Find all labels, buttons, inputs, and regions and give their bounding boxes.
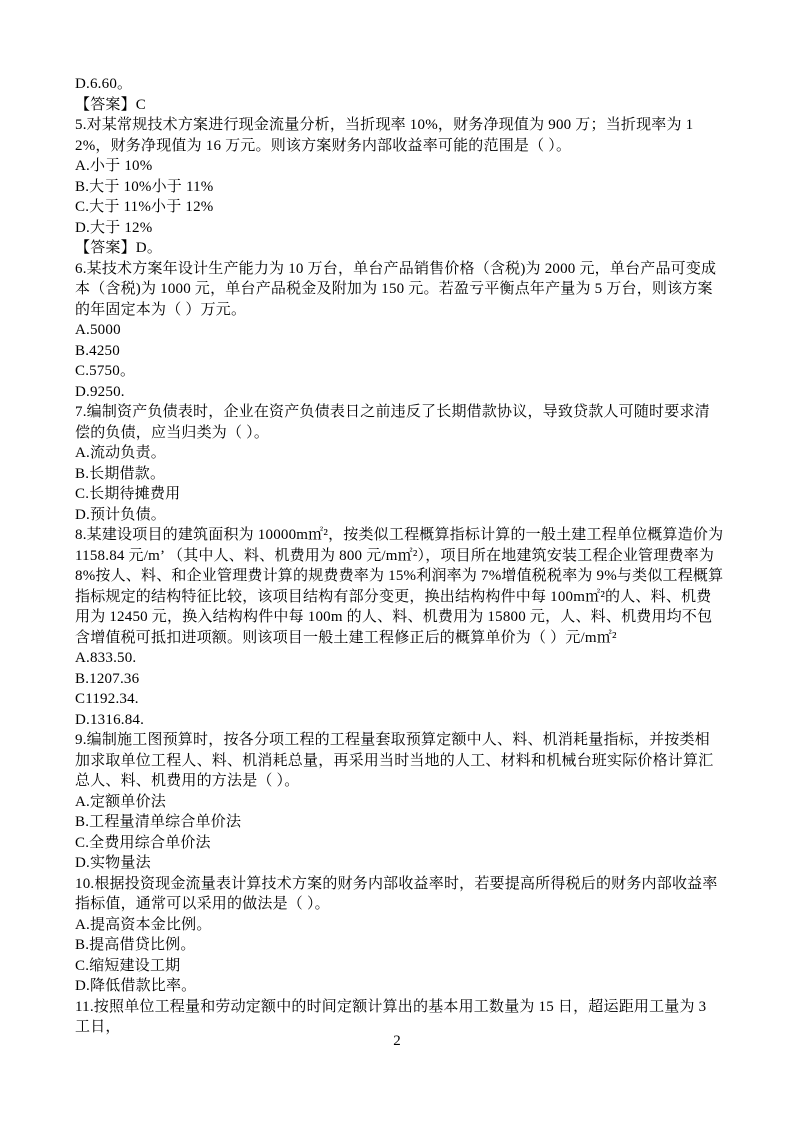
option-line: D.6.60。: [75, 74, 725, 95]
option-line: D.1316.84.: [75, 710, 725, 731]
option-line: D.预计负债。: [75, 505, 725, 526]
question-stem: 5.对某常规技术方案进行现金流量分析，当折现率 10%，财务净现值为 900 万…: [75, 115, 725, 156]
option-line: B.长期借款。: [75, 464, 725, 485]
option-line: C.全费用综合单价法: [75, 833, 725, 854]
answer-line: 【答案】C: [75, 95, 725, 116]
question-stem: 6.某技术方案年设计生产能力为 10 万台，单台产品销售价格（含税)为 2000…: [75, 259, 725, 321]
option-line: D.9250.: [75, 382, 725, 403]
option-line: B.工程量清单综合单价法: [75, 812, 725, 833]
answer-line: 【答案】D。: [75, 238, 725, 259]
option-line: C.大于 11%小于 12%: [75, 197, 725, 218]
option-line: A.5000: [75, 320, 725, 341]
question-stem: 7.编制资产负债表时，企业在资产负债表日之前违反了长期借款协议，导致贷款人可随时…: [75, 402, 725, 443]
page-number: 2: [0, 1032, 794, 1050]
option-line: A.定额单价法: [75, 792, 725, 813]
option-line: D.降低借款比率。: [75, 976, 725, 997]
option-line: A.流动负责。: [75, 443, 725, 464]
option-line: B.大于 10%小于 11%: [75, 177, 725, 198]
option-line: B.1207.36: [75, 669, 725, 690]
question-stem: 8.某建设项目的建筑面积为 10000m㎡²，按类似工程概算指标计算的一般土建工…: [75, 525, 725, 648]
option-line: A.提高资本金比例。: [75, 915, 725, 936]
option-line: D.大于 12%: [75, 218, 725, 239]
option-line: D.实物量法: [75, 853, 725, 874]
question-stem: 9.编制施工图预算时，按各分项工程的工程量套取预算定额中人、料、机消耗量指标，并…: [75, 730, 725, 792]
document-body: D.6.60。 【答案】C 5.对某常规技术方案进行现金流量分析，当折现率 10…: [75, 74, 725, 1038]
option-line: B.提高借贷比例。: [75, 935, 725, 956]
option-line: A.833.50.: [75, 648, 725, 669]
option-line: A.小于 10%: [75, 156, 725, 177]
option-line: B.4250: [75, 341, 725, 362]
document-page: D.6.60。 【答案】C 5.对某常规技术方案进行现金流量分析，当折现率 10…: [0, 0, 794, 1123]
question-stem: 10.根据投资现金流量表计算技术方案的财务内部收益率时，若要提高所得税后的财务内…: [75, 874, 725, 915]
option-line: C.缩短建设工期: [75, 956, 725, 977]
option-line: C.5750。: [75, 361, 725, 382]
option-line: C1192.34.: [75, 689, 725, 710]
option-line: C.长期待摊费用: [75, 484, 725, 505]
